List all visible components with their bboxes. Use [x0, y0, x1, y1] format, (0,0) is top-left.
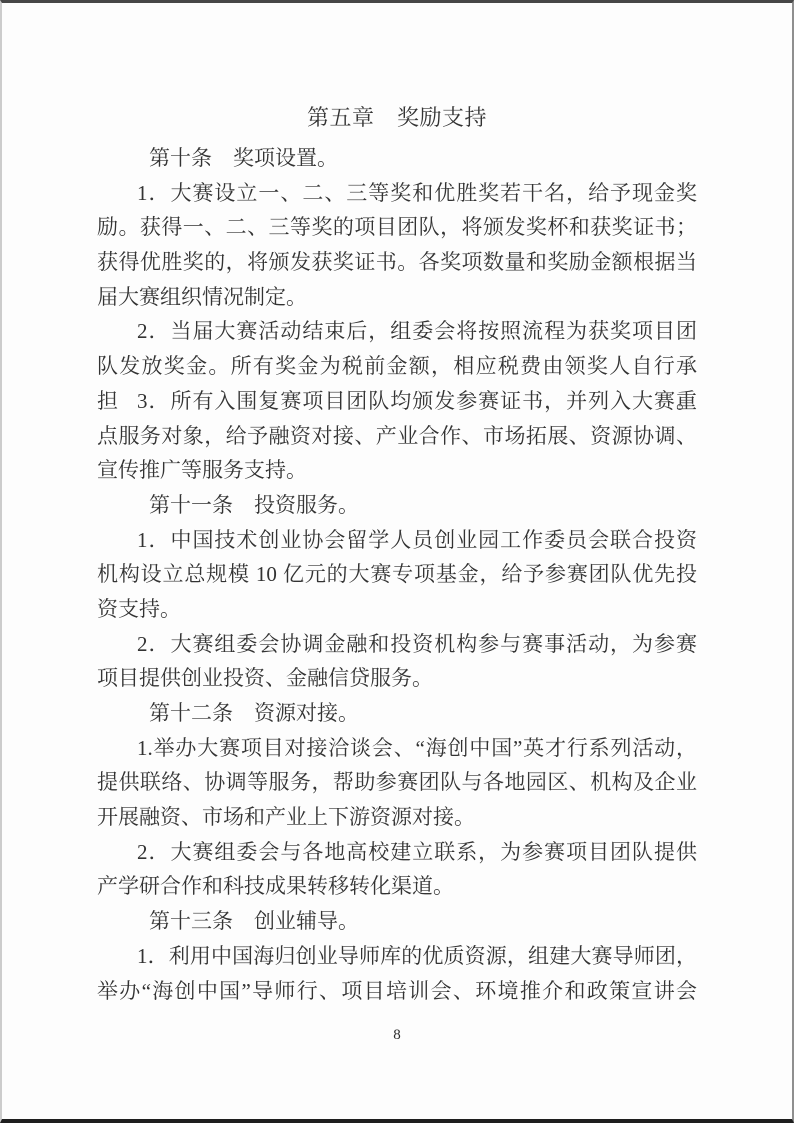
text-line: 获得优胜奖的，将颁发获奖证书。各奖项数量和奖励金额根据当: [97, 245, 697, 280]
text-line: 励。获得一、二、三等奖的项目团队，将颁发奖杯和获奖证书；: [97, 210, 697, 245]
text-line: 第十一条 投资服务。: [97, 488, 697, 523]
text-line: 3．所有入围复赛项目团队均颁发参赛证书，并列入大赛重: [97, 384, 697, 419]
text-line: 1．中国技术创业协会留学人员创业园工作委员会联合投资: [97, 523, 697, 558]
text-line: 1.举办大赛项目对接洽谈会、“海创中国”英才行系列活动，: [97, 731, 697, 766]
text-line: 2．当届大赛活动结束后，组委会将按照流程为获奖项目团: [97, 314, 697, 349]
document-page: 第五章 奖励支持 第十条 奖项设置。1．大赛设立一、二、三等奖和优胜奖若干名，给…: [0, 0, 794, 1123]
text-line: 提供联络、协调等服务，帮助参赛团队与各地园区、机构及企业: [97, 765, 697, 800]
text-line: 队发放奖金。所有奖金为税前金额，相应税费由领奖人自行承担。: [97, 349, 697, 384]
text-line: 项目提供创业投资、金融信贷服务。: [97, 661, 697, 696]
text-line: 届大赛组织情况制定。: [97, 280, 697, 315]
chapter-heading: 第五章 奖励支持: [97, 101, 697, 135]
text-line: 开展融资、市场和产业上下游资源对接。: [97, 800, 697, 835]
text-line: 举办“海创中国”导师行、项目培训会、环境推介和政策宣讲会: [97, 974, 697, 1009]
text-line: 资支持。: [97, 592, 697, 627]
text-line: 第十二条 资源对接。: [97, 696, 697, 731]
page-body: 第五章 奖励支持 第十条 奖项设置。1．大赛设立一、二、三等奖和优胜奖若干名，给…: [2, 3, 792, 1008]
text-line: 第十三条 创业辅导。: [97, 904, 697, 939]
text-line: 1．利用中国海归创业导师库的优质资源，组建大赛导师团，: [97, 939, 697, 974]
page-number: 8: [2, 1027, 792, 1044]
text-line: 宣传推广等服务支持。: [97, 453, 697, 488]
text-line: 第十条 奖项设置。: [97, 141, 697, 176]
text-line: 2．大赛组委会与各地高校建立联系，为参赛项目团队提供: [97, 835, 697, 870]
text-line: 点服务对象，给予融资对接、产业合作、市场拓展、资源协调、: [97, 419, 697, 454]
body-lines: 第十条 奖项设置。1．大赛设立一、二、三等奖和优胜奖若干名，给予现金奖励。获得一…: [97, 141, 697, 1008]
text-line: 2．大赛组委会协调金融和投资机构参与赛事活动，为参赛: [97, 627, 697, 662]
text-line: 机构设立总规模 10 亿元的大赛专项基金，给予参赛团队优先投: [97, 557, 697, 592]
text-line: 产学研合作和科技成果转移转化渠道。: [97, 869, 697, 904]
text-line: 1．大赛设立一、二、三等奖和优胜奖若干名，给予现金奖: [97, 176, 697, 211]
